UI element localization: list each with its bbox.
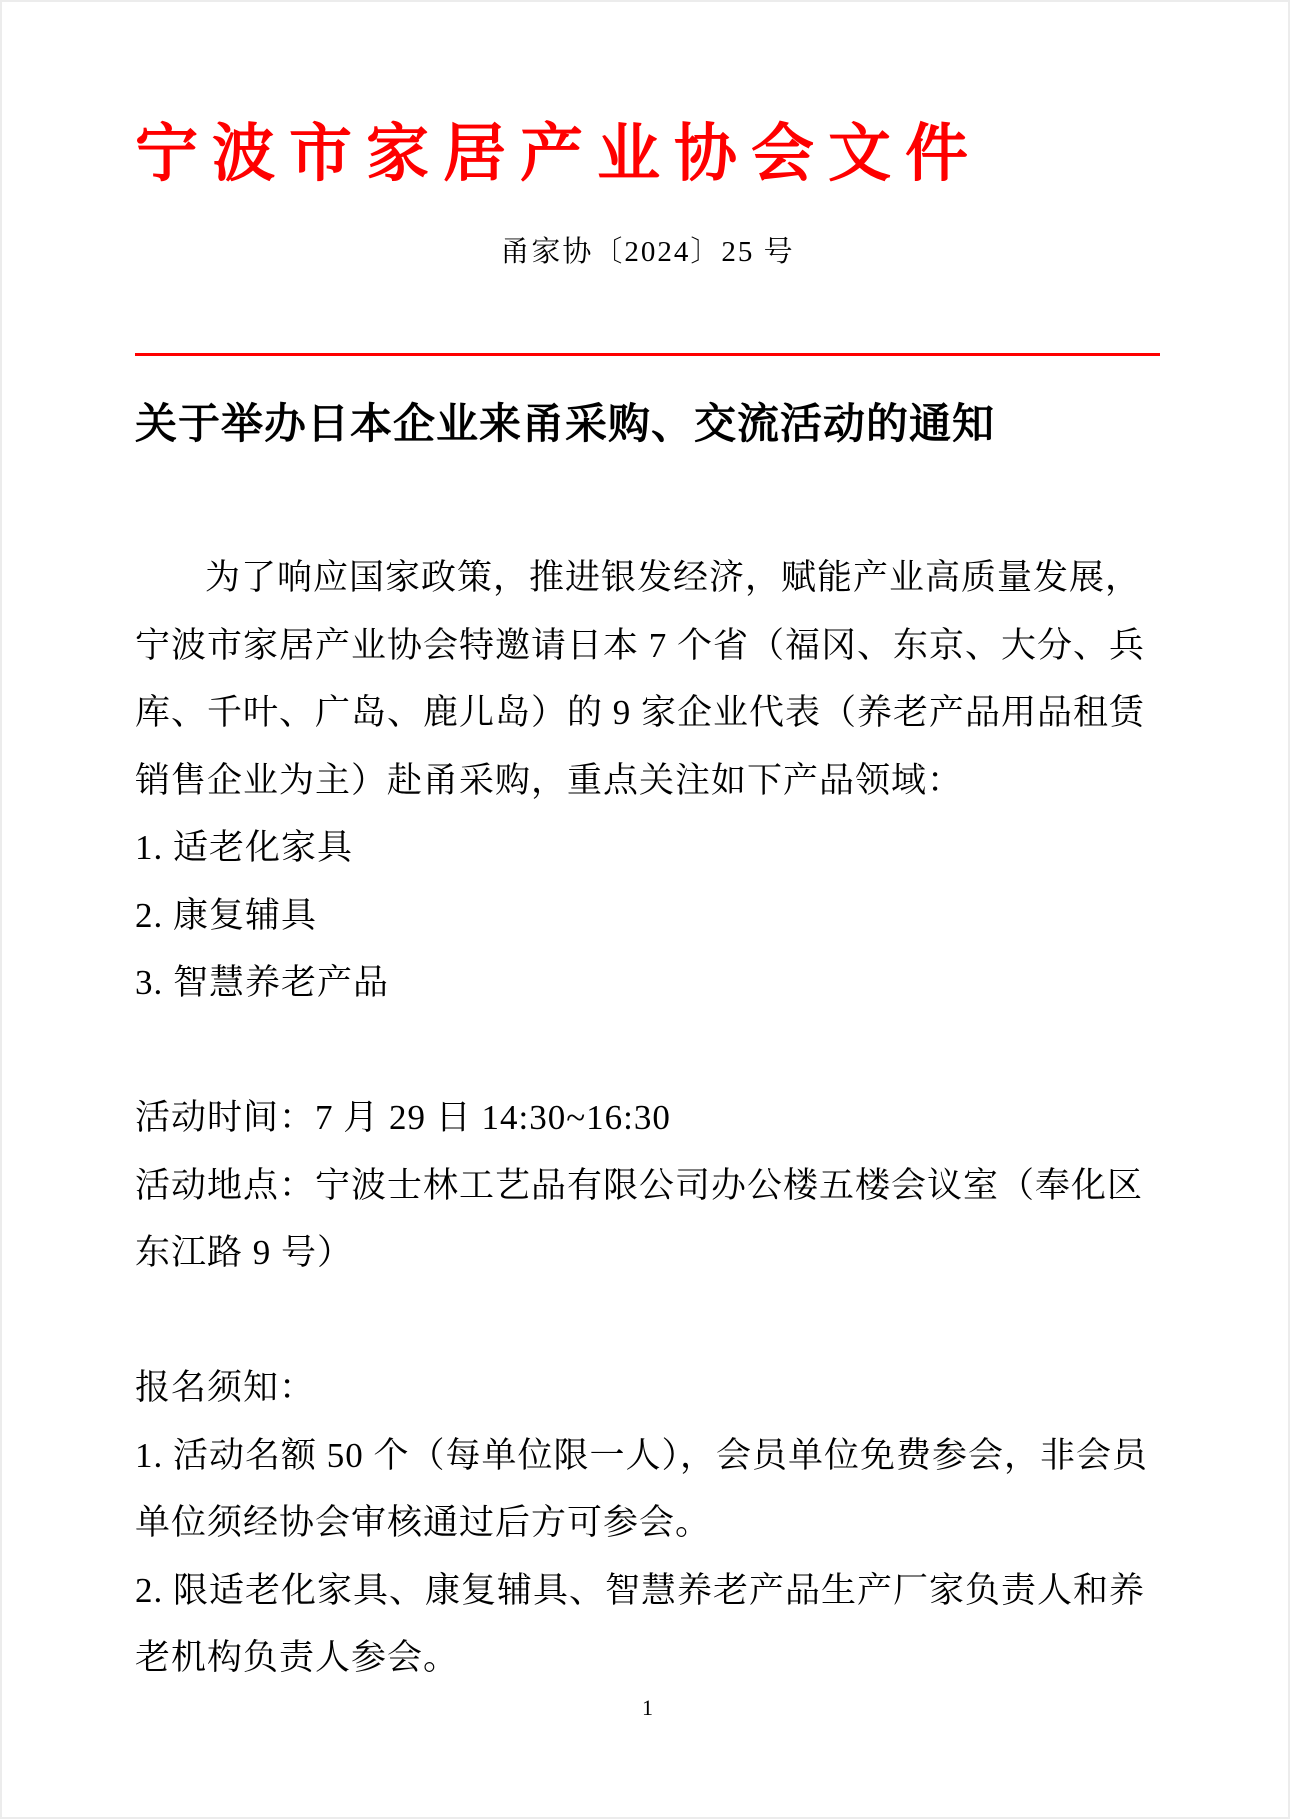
- page-number: 1: [135, 1694, 1160, 1722]
- registration-note-line: 单位须经协会审核通过后方可参会。: [135, 1489, 1160, 1557]
- document-title: 关于举办日本企业来甬采购、交流活动的通知: [135, 398, 1160, 452]
- event-time-line: 活动时间：7 月 29 日 14:30~16:30: [135, 1084, 1160, 1152]
- document-page: 宁波市家居产业协会文件 甬家协〔2024〕25 号 关于举办日本企业来甬采购、交…: [0, 0, 1290, 1819]
- document-body: 为了响应国家政策，推进银发经济，赋能产业高质量发展， 宁波市家居产业协会特邀请日…: [135, 544, 1160, 1692]
- product-list-item-3: 3. 智慧养老产品: [135, 949, 1160, 1017]
- registration-note-line: 2. 限适老化家具、康复辅具、智慧养老产品生产厂家负责人和养: [135, 1557, 1160, 1625]
- blank-line: [135, 1017, 1160, 1085]
- registration-note-line: 老机构负责人参会。: [135, 1624, 1160, 1692]
- product-list-item-2: 2. 康复辅具: [135, 882, 1160, 950]
- registration-note-line: 1. 活动名额 50 个（每单位限一人），会员单位免费参会，非会员: [135, 1422, 1160, 1490]
- paragraph-line: 库、千叶、广岛、鹿儿岛）的 9 家企业代表（养老产品用品租赁: [135, 679, 1160, 747]
- event-location-line: 东江路 9 号）: [135, 1219, 1160, 1287]
- paragraph-line: 为了响应国家政策，推进银发经济，赋能产业高质量发展，: [135, 544, 1160, 612]
- red-divider-line: [135, 353, 1160, 356]
- masthead-title: 宁波市家居产业协会文件: [135, 2, 1160, 202]
- blank-line: [135, 1287, 1160, 1355]
- paragraph-line: 宁波市家居产业协会特邀请日本 7 个省（福冈、东京、大分、兵: [135, 612, 1160, 680]
- product-list-item-1: 1. 适老化家具: [135, 814, 1160, 882]
- document-number: 甬家协〔2024〕25 号: [135, 232, 1160, 272]
- paragraph-line: 销售企业为主）赴甬采购，重点关注如下产品领域：: [135, 747, 1160, 815]
- registration-heading: 报名须知：: [135, 1354, 1160, 1422]
- event-location-line: 活动地点：宁波士林工艺品有限公司办公楼五楼会议室（奉化区: [135, 1152, 1160, 1220]
